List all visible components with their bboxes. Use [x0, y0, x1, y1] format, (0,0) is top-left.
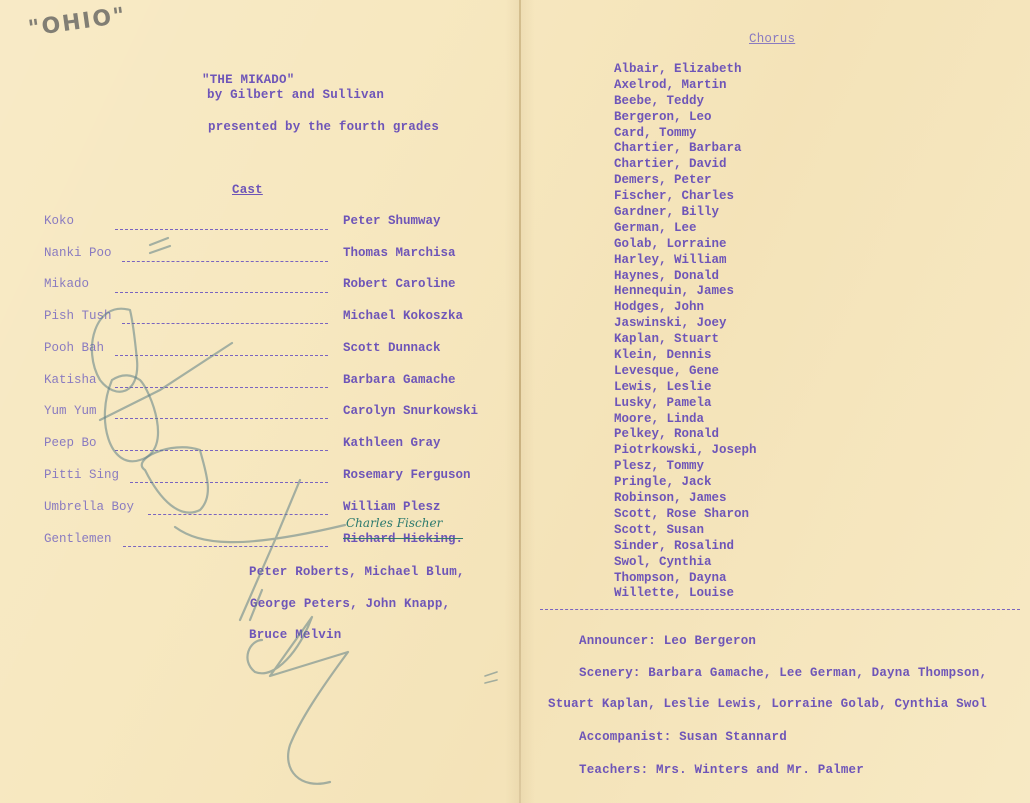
chorus-member: Bergeron, Leo — [614, 110, 757, 126]
chorus-member: Card, Tommy — [614, 126, 757, 142]
chorus-member: Sinder, Rosalind — [614, 539, 757, 555]
chorus-member: Chartier, David — [614, 157, 757, 173]
chorus-member: Pringle, Jack — [614, 475, 757, 491]
chorus-member: Willette, Louise — [614, 586, 757, 602]
chorus-member: Scott, Susan — [614, 523, 757, 539]
chorus-member: Axelrod, Martin — [614, 78, 757, 94]
chorus-member: Kaplan, Stuart — [614, 332, 757, 348]
chorus-member: Demers, Peter — [614, 173, 757, 189]
cast-actor: William Plesz — [343, 500, 441, 514]
cast-actor: Thomas Marchisa — [343, 246, 456, 260]
chorus-member: Moore, Linda — [614, 412, 757, 428]
cast-heading: Cast — [232, 183, 263, 197]
chorus-member: Thompson, Dayna — [614, 571, 757, 587]
cast-leader-line — [148, 514, 328, 515]
cast-leader-line — [115, 229, 328, 230]
chorus-member-list: Albair, ElizabethAxelrod, MartinBeebe, T… — [614, 62, 757, 602]
cast-actor: Kathleen Gray — [343, 436, 441, 450]
cast-actor: Michael Kokoszka — [343, 309, 463, 323]
cast-actor: Carolyn Snurkowski — [343, 404, 478, 418]
cast-role: Peep Bo — [44, 436, 97, 450]
chorus-member: Klein, Dennis — [614, 348, 757, 364]
chorus-member: Pelkey, Ronald — [614, 427, 757, 443]
cast-role: Pish Tush — [44, 309, 112, 323]
cast-leader-line — [122, 261, 328, 262]
cast-actor: Rosemary Ferguson — [343, 468, 471, 482]
chorus-member: Lusky, Pamela — [614, 396, 757, 412]
cast-leader-line — [115, 418, 328, 419]
credit-teachers: Teachers: Mrs. Winters and Mr. Palmer — [579, 763, 864, 777]
cast-leader-line — [123, 546, 328, 547]
program-title: "THE MIKADO" — [202, 73, 294, 87]
chorus-member: Levesque, Gene — [614, 364, 757, 380]
cast-role: Katisha — [44, 373, 97, 387]
chorus-member: Gardner, Billy — [614, 205, 757, 221]
chorus-member: Swol, Cynthia — [614, 555, 757, 571]
credit-scenery-line-2: Stuart Kaplan, Leslie Lewis, Lorraine Go… — [548, 697, 987, 711]
gentlemen-line-2: George Peters, John Knapp, — [250, 597, 450, 611]
cast-role: Pitti Sing — [44, 468, 119, 482]
center-fold-crease — [519, 0, 521, 803]
cast-leader-line — [130, 482, 328, 483]
chorus-member: Scott, Rose Sharon — [614, 507, 757, 523]
cast-role: Yum Yum — [44, 404, 97, 418]
cast-actor: Barbara Gamache — [343, 373, 456, 387]
chorus-member: German, Lee — [614, 221, 757, 237]
cast-leader-line — [115, 355, 328, 356]
cast-actor: Robert Caroline — [343, 277, 456, 291]
chorus-member: Chartier, Barbara — [614, 141, 757, 157]
chorus-member: Haynes, Donald — [614, 269, 757, 285]
chorus-member: Fischer, Charles — [614, 189, 757, 205]
cast-role: Mikado — [44, 277, 89, 291]
chorus-member: Albair, Elizabeth — [614, 62, 757, 78]
credit-accompanist: Accompanist: Susan Stannard — [579, 730, 787, 744]
cast-leader-line — [122, 323, 328, 324]
cast-leader-line — [115, 387, 328, 388]
cast-actor: Scott Dunnack — [343, 341, 441, 355]
cast-role: Pooh Bah — [44, 341, 104, 355]
cast-role: Nanki Poo — [44, 246, 112, 260]
chorus-heading: Chorus — [749, 32, 795, 46]
chorus-member: Lewis, Leslie — [614, 380, 757, 396]
cast-leader-line — [115, 292, 328, 293]
cast-role: Gentlemen — [44, 532, 112, 546]
chorus-member: Golab, Lorraine — [614, 237, 757, 253]
cast-role: Koko — [44, 214, 74, 228]
chorus-member: Hennequin, James — [614, 284, 757, 300]
credit-announcer: Announcer: Leo Bergeron — [579, 634, 756, 648]
chorus-member: Robinson, James — [614, 491, 757, 507]
cast-actor: Peter Shumway — [343, 214, 441, 228]
section-divider — [540, 609, 1020, 610]
program-presented-by: presented by the fourth grades — [208, 120, 439, 134]
chorus-member: Piotrkowski, Joseph — [614, 443, 757, 459]
handwritten-correction: Charles Fischer — [346, 516, 442, 530]
chorus-member: Jaswinski, Joey — [614, 316, 757, 332]
chorus-member: Plesz, Tommy — [614, 459, 757, 475]
cast-actor-struck: Richard Hicking. — [343, 532, 463, 546]
chorus-member: Beebe, Teddy — [614, 94, 757, 110]
credit-scenery-line-1: Scenery: Barbara Gamache, Lee German, Da… — [579, 666, 987, 680]
program-byline: by Gilbert and Sullivan — [207, 88, 384, 102]
gentlemen-line-1: Peter Roberts, Michael Blum, — [249, 565, 465, 579]
chorus-member: Hodges, John — [614, 300, 757, 316]
cast-role: Umbrella Boy — [44, 500, 134, 514]
chorus-member: Harley, William — [614, 253, 757, 269]
cast-leader-line — [115, 450, 328, 451]
gentlemen-line-3: Bruce Melvin — [249, 628, 341, 642]
